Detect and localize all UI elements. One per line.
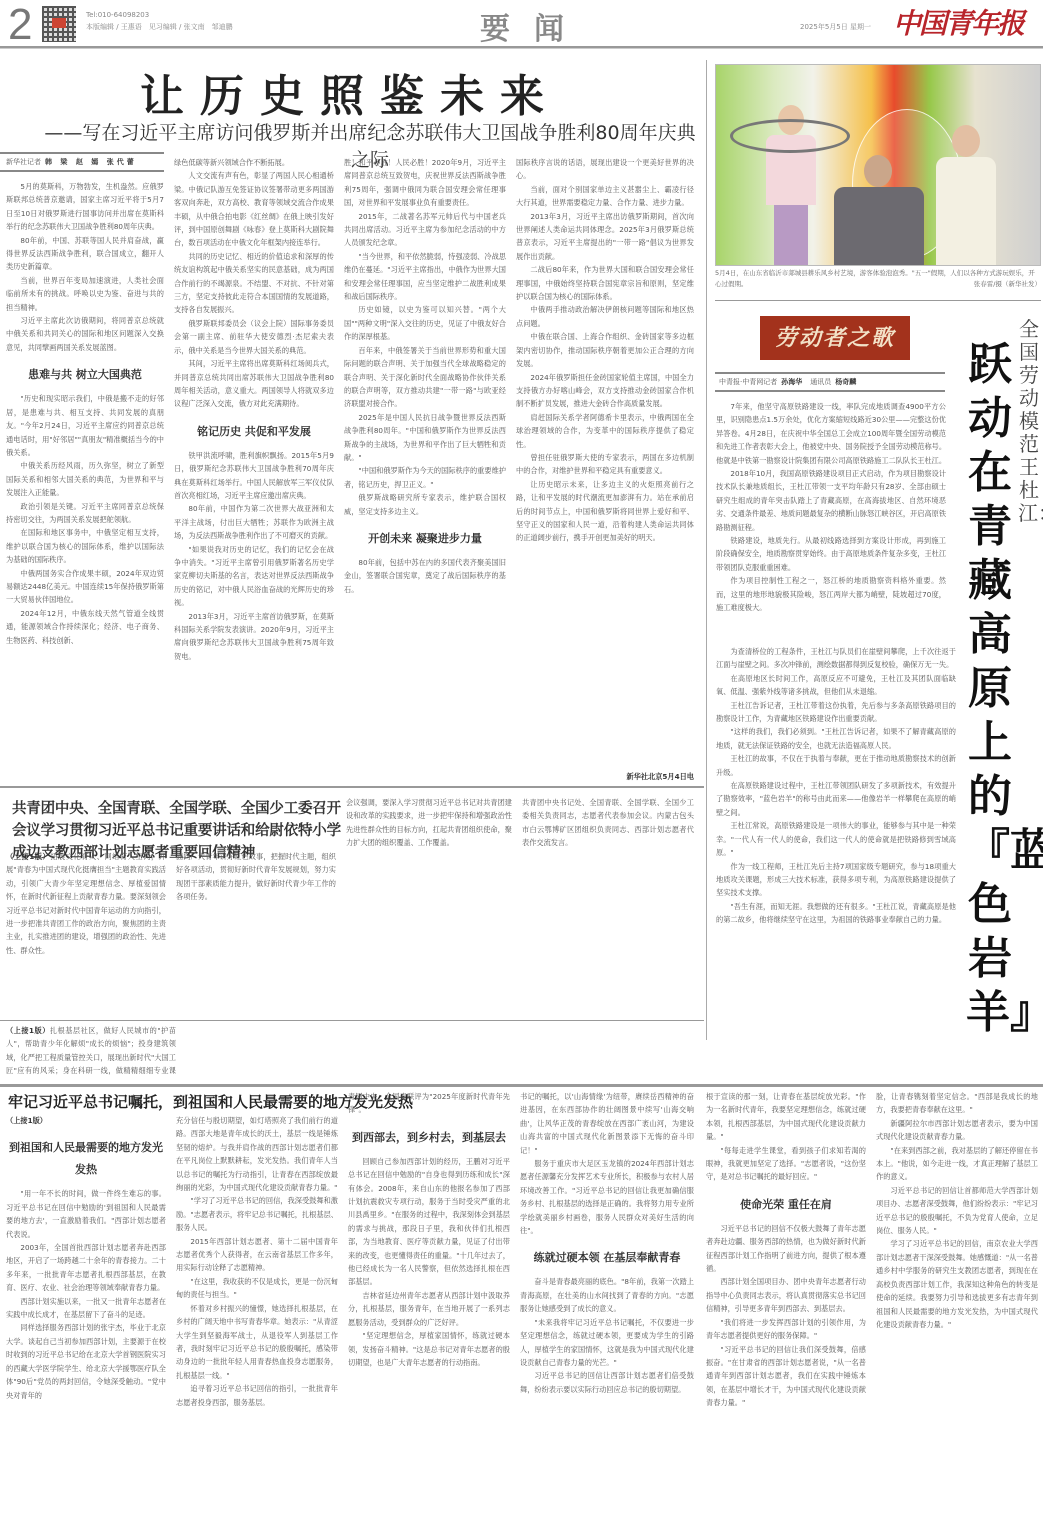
paragraph: 王杜江告诉记者，王杜江带着这份执着，先后参与多条高原铁路项目的勘察设计工作，为青… <box>716 699 956 726</box>
league-column-1: （上接1版）拓展文化育人、网络育人空间，开展"青春为中国式现代化挺膺担当"主题教… <box>6 850 166 1020</box>
paragraph: 铁甲洪流呼啸，胜利旗帜飘扬。2015年5月9日，俄罗斯纪念苏联伟大卫国战争胜利7… <box>174 449 334 503</box>
paragraph: 新疆阿拉尔市西部计划志愿者表示，要为中国式现代化建设贡献青春力量。 <box>876 1117 1038 1144</box>
lead-column-4: 国际秩序言说的话语，展现出建设一个更美好世界的决心。 当前，面对个别国家单边主义… <box>516 156 694 780</box>
paragraph: 当前，面对个别国家单边主义甚嚣尘上、霸凌行径大行其道，世界需要稳定力量、合作力量… <box>516 183 694 210</box>
photo-bubble-wand <box>730 119 850 153</box>
page-number: 2 <box>8 2 32 48</box>
paragraph: "每每走进学生课堂，看到孩子们求知若渴的眼神，我就更加坚定了选择。"志愿者说，"… <box>706 1144 866 1184</box>
paragraph: 为查清桥位的工程条件，王杜江与队员们在崖壁间攀爬，上千次往返于江面与崖壁之间。多… <box>716 645 956 672</box>
paragraph: 2013年3月，习近平主席出访俄罗斯期间，首次向世界阐述人类命运共同体理念。20… <box>516 210 694 264</box>
paragraph: 2013年3月，习近平主席首访俄罗斯，在莫斯科国际关系学院发表演讲。2020年9… <box>174 610 334 664</box>
paragraph: （上接1版）拓展文化育人、网络育人空间，开展"青春为中国式现代化挺膺担当"主题教… <box>6 850 166 957</box>
paragraph: "我们将进一步发挥西部计划的引领作用，为青年志愿者提供更好的服务保障。" <box>706 1316 866 1343</box>
bottom-column-4: 书记的嘱托，以'山海情缘'为纽带，赓续岳西精神的奋进基因，在东西部协作的壮阔图景… <box>520 1090 694 1514</box>
paragraph: 80年前，中国作为第二次世界大战亚洲和太平洋主战场，付出巨大牺牲；苏联作为欧洲主… <box>174 502 334 542</box>
paragraph: 2018年10月，我国高原铁路建设项目正式启动，作为项目勘察设计技术队长兼地质组… <box>716 467 946 534</box>
feature-body-bottom: 为查清桥位的工程条件，王杜江与队员们在崖壁间攀爬，上千次往返于江面与崖壁之间。多… <box>716 645 956 1040</box>
paragraph: 西部计划实施以来，一批又一批青年志愿者在实践中成长成才，在基层留下了奋斗的足迹。 <box>6 1295 166 1322</box>
column-banner: 劳动者之歌 <box>760 316 910 360</box>
bottom-column-6: 脸，让青春镌刻着坚定信念。"西部是我成长的地方，我要把青春奉献在这里。" 新疆阿… <box>876 1090 1038 1514</box>
header-tel: Tel:010-64098203 <box>86 9 233 21</box>
paragraph: 2024年俄罗斯担任金砖国家轮值主席国，中国全力支持俄方办好喀山峰会，双方支持推… <box>516 371 694 411</box>
paragraph: "如果说我对历史的记忆，我们的记忆会在战争中消失。"习近平主席曾引用俄罗斯著名历… <box>174 543 334 610</box>
section-heading: 使命光荣 重任在肩 <box>706 1194 866 1216</box>
section-heading: 开创未来 凝聚进步力量 <box>344 528 506 550</box>
lead-headline: 让历史照鉴未来 <box>130 60 570 124</box>
header-divider <box>0 46 1043 49</box>
paragraph: 中俄两手推动政治解决伊朗核问题等国际和地区热点问题。 <box>516 303 694 330</box>
section-heading: 患难与共 树立大国典范 <box>6 364 164 386</box>
lead-column-1: 5月的莫斯科，万物勃发，生机盎然。应俄罗斯联邦总统普京邀请，国家主席习近平将于5… <box>6 180 164 780</box>
paragraph: 奋斗是青春最亮丽的底色。"8年前，我第一次踏上青海高原，在壮美的山水间找到了青春… <box>520 1275 694 1315</box>
feature-body-top: 7年来，他坚守高原铁路建设一线，率队完成地质调查4900平方公里，识别隐患点1.… <box>716 400 946 645</box>
paragraph: 国际秩序言说的话语，展现出建设一个更美好世界的决心。 <box>516 156 694 183</box>
bottom-column-1: （上接1版） 到祖国和人民最需要的地方发光发热 "用一年不长的时间，做一件终生难… <box>6 1114 166 1514</box>
paragraph: 作为一线工程师，王杜江先后主持7项国家级专题研究，参与18项重大地质攻关课题，形… <box>716 860 956 900</box>
photo-divider <box>715 300 1041 301</box>
paragraph: "未来我将牢记习近平总书记嘱托，不仅要进一步坚定理想信念，练就过硬本领，更要成为… <box>520 1316 694 1370</box>
paragraph: 会议强调，要深入学习贯彻习近平总书记对共青团建设和改革的实践要求，进一步把牢保持… <box>346 796 512 850</box>
paragraph: 中俄在联合国、上海合作组织、金砖国家等多边框架内密切协作，推动国际秩序朝着更加公… <box>516 330 694 370</box>
league-column-3: 会议强调，要深入学习贯彻习近平总书记对共青团建设和改革的实践要求，进一步把牢保持… <box>346 796 512 1020</box>
league-column-4: 共青团中央书记处、全国青联、全国学联、全国少工委相关负责同志，志愿者代表参加会议… <box>522 796 694 1020</box>
continued-tag: （上接1版） <box>6 1026 50 1035</box>
correspondent-name: 杨奇麟 <box>835 378 856 386</box>
paragraph: 当前，世界百年变局加速演进，人类社会面临前所未有的挑战。呼唤以史为鉴、奋进与共的… <box>6 274 164 314</box>
paragraph: 脸，让青春镌刻着坚定信念。"西部是我成长的地方，我要把青春奉献在这里。" <box>876 1090 1038 1117</box>
paragraph: "这样的我们，我们必须到。"王杜江告诉记者，如果不了解青藏高原的地质，就无法保证… <box>716 725 956 752</box>
byline-prefix: 新华社记者 <box>6 158 41 166</box>
paragraph: 王杜江常说，高原铁路建设是一项伟大的事业，能够参与其中是一种荣幸。"一代人有一代… <box>716 819 956 859</box>
byline-names: 韩 梁 赵 嫣 张代蕾 <box>45 158 137 166</box>
paragraph: 在高原铁路建设过程中，王杜江带领团队研发了多项新技术，有效提升了勘察效率，"蓝色… <box>716 779 956 819</box>
issue-date: 2025年5月5日 星期一 <box>800 22 871 32</box>
continued-tag: （上接1版） <box>6 1114 166 1127</box>
paragraph: 5月的莫斯科，万物勃发，生机盎然。应俄罗斯联邦总统普京邀请，国家主席习近平将于5… <box>6 180 164 234</box>
paragraph: 追寻着习近平总书记回信的指引，一批批青年志愿者投身西部，服务基层。 <box>176 1382 338 1409</box>
newspaper-page: 2 Tel:010-64098203 本版编辑 / 王惠语 见习编辑 / 张文南… <box>0 0 1043 1518</box>
article-divider <box>0 786 704 788</box>
section-heading: 到祖国和人民最需要的地方发光发热 <box>6 1137 166 1181</box>
bottom-column-2: 充分信任与殷切期望，如灯塔照亮了我们前行的道路。西部大地是青年成长的沃土，基层一… <box>176 1114 338 1514</box>
section-heading: 练就过硬本领 在基层奉献青春 <box>520 1247 694 1269</box>
bottom-article-divider <box>0 1084 1043 1087</box>
paragraph: 中俄关系历经风雨，历久弥坚，树立了新型国际关系和相邻大国关系的典范，为世界和平与… <box>6 459 164 499</box>
paragraph: "当今世界，和平依然脆弱，恃强凌弱、冷战思维仍在蔓延。"习近平主席指出，中俄作为… <box>344 250 506 304</box>
correspondent-label: 通讯员 <box>810 378 831 386</box>
paragraph: 服务于重庆市大足区玉龙镇的2024年西部计划志愿者任源馨充分发挥艺术专业所长，积… <box>520 1157 694 1237</box>
paragraph: 吉林省延边州青年志愿者从西部计划中汲取养分，扎根基层，服务青年，在当地开展了一系… <box>348 1289 510 1329</box>
masthead: 2 Tel:010-64098203 本版编辑 / 王惠语 见习编辑 / 张文南… <box>0 0 1043 46</box>
league-column-2: 面向广大青年讲好红色故事，把握时代主题，组织好各项活动，贯彻好新时代青年发展规划… <box>176 850 336 1020</box>
paragraph: 俄罗斯战略研究所专家表示，维护联合国权威，坚定支持多边主义。 <box>344 491 506 518</box>
paragraph: 回顾自己参加西部计划的经历，王鹏对习近平总书记在回信中勉励的"自身也得到历练和成… <box>348 1155 510 1289</box>
paragraph: "用一年不长的时间，做一件终生难忘的事。习近平总书记在回信中勉励的'到祖国和人民… <box>6 1187 166 1241</box>
section-title: 要闻 <box>480 4 588 48</box>
newspaper-logo: 中国青年报 <box>893 2 1023 42</box>
paragraph: 绿色低碳等新兴领域合作不断拓展。 <box>174 156 334 169</box>
paragraph: 同样选择服务西部计划的张宇杰，毕业于北京大学。谈起自己当初参加西部计划，主要源于… <box>6 1321 166 1401</box>
reporter-name: 孙海华 <box>781 378 802 386</box>
bottom-column-5: 根于宣读的那一刻，让青春在基层绽放光彩。"作为一名新时代青年，我要坚定理想信念，… <box>706 1090 866 1514</box>
paragraph: 2015年西部计划志愿者、第十二届中国青年志愿者优秀个人获得者，在云南省基层工作… <box>176 1235 338 1275</box>
feature-byline: 中青报·中青网记者孙海华通讯员杨奇麟 <box>715 372 945 392</box>
paragraph: 俄罗斯联邦委员会（议会上院）国际事务委员会第一副主席、前驻华大使安德烈·杰尼索夫… <box>174 317 334 357</box>
paragraph: 政治引领是关键。习近平主席同普京总统保持密切交往，为两国关系发展把舵领航。 <box>6 500 164 527</box>
paragraph: "历史和现实昭示我们，中俄是搬不走的好邻居，是患难与共、相互支持、共同发展的真朋… <box>6 392 164 459</box>
paragraph: "在这里，我收获的不仅是成长，更是一份沉甸甸的责任与担当。" <box>176 1275 338 1302</box>
paragraph: 80年前，中国、苏联等国人民并肩奋战，赢得世界反法西斯战争胜利，联合国成立，翻开… <box>6 234 164 274</box>
qr-code-icon[interactable] <box>42 6 76 42</box>
paragraph: 80年前，包括中苏在内的多国代表齐聚美国旧金山，签署联合国宪章，奠定了战后国际秩… <box>344 556 506 596</box>
paragraph: 7年来，他坚守高原铁路建设一线，率队完成地质调查4900平方公里，识别隐患点1.… <box>716 400 946 467</box>
lead-column-2: 绿色低碳等新兴领域合作不断拓展。 人文交流有声有色，彰显了两国人民心相通桥梁。中… <box>174 156 334 780</box>
header-editors: 本版编辑 / 王惠语 见习编辑 / 张文南 邹迪鹏 <box>86 21 233 33</box>
paragraph: "中国和俄罗斯作为今天的国际秩序的重要维护者，铭记历史，捍卫正义。" <box>344 464 506 491</box>
paragraph: "学习了习近平总书记的回信，我深受鼓舞和激励。"志愿者表示，将牢记总书记嘱托，扎… <box>176 1194 338 1234</box>
feature-kicker: 全国劳动模范王杜江： <box>1018 318 1040 525</box>
paragraph: 共同的历史记忆、相近的价值追求和深厚的传统友谊构筑起中俄关系坚实的民意基础，成为… <box>174 250 334 317</box>
paragraph: 怀着对乡村振兴的憧憬，她选择扎根基层，在乡村的广阔天地中书写青春华章。她表示："… <box>176 1302 338 1382</box>
paragraph: 在国际和地区事务中，中俄坚定相互支持，维护以联合国为核心的国际体系，维护以国际法… <box>6 526 164 566</box>
paragraph: 青团中央、全国青联评为"2025年度新时代青年先锋"。 <box>348 1090 510 1117</box>
continuation-column-1: （上接1版）扎根基层社区，做好人民城市的"护苗人"，帮助青少年化解烦"成长的烦恼… <box>6 1024 176 1080</box>
paragraph: 2015年，二战著名苏军元帅后代与中国老兵共同出席活动。习近平主席为参加纪念活动… <box>344 210 506 250</box>
feature-headline: 跃动在青藏高原上的『蓝色岩羊』 <box>966 338 1014 1040</box>
paragraph: 肩赶国际关系学者阿德希卡里表示，中俄两国在全球治理领域的合作，为变革中的国际秩序… <box>516 411 694 451</box>
paragraph: 充分信任与殷切期望，如灯塔照亮了我们前行的道路。西部大地是青年成长的沃土，基层一… <box>176 1114 338 1194</box>
paragraph: 人文交流有声有色，彰显了两国人民心相通桥梁。中俄记队游互免签证协议签署带动更多两… <box>174 169 334 249</box>
paragraph: 作为项目控制性工程之一，怒江桥的地质勘察资料格外重要。然而，这里的地形地貌极其险… <box>716 574 946 614</box>
section-divider <box>0 1020 704 1021</box>
paragraph: 王杜江的故事，不仅在于执着与奉献，更在于推动地质勘察技术的创新升级。 <box>716 752 956 779</box>
news-photo[interactable] <box>715 64 1041 266</box>
paragraph: 百年来，中俄签署关于当前世界形势和重大国际问题的联合声明、关于加强当代全球战略稳… <box>344 344 506 411</box>
byline-prefix: 中青报·中青网记者 <box>719 378 777 386</box>
paragraph: 西部计划全国项目办、团中央青年志愿者行动指导中心负责同志表示，将认真贯彻落实总书… <box>706 1275 866 1315</box>
paragraph: 2024年12月，中俄东线天然气管道全线贯通，能源领域合作持续深化；经济、电子商… <box>6 607 164 647</box>
photo-credit: 张春雷/摄（新华社发） <box>974 279 1041 290</box>
paragraph: 其间，习近平主席将出席莫斯科红场阅兵式，并同普京总统共同出席苏联伟大卫国战争胜利… <box>174 357 334 411</box>
photo-caption: 5月4日，在山东省临沂市郯城县耕乐风乡村艺境，游客体验泡泡秀。"五一"假期，人们… <box>715 268 1041 290</box>
paragraph-text: 拓展文化育人、网络育人空间，开展"青春为中国式现代化挺膺担当"主题教育实践活动，… <box>6 852 166 955</box>
continued-tag: （上接1版） <box>6 852 50 861</box>
paragraph: 2003年，全国首批西部计划志愿者奔赴西部地区，开启了一场跨越二十余年的青春接力… <box>6 1241 166 1295</box>
paragraph: "习近平总书记的回信让我们深受鼓舞，倍感振奋。"在甘肃省的西部计划志愿者说，"从… <box>706 1343 866 1410</box>
paragraph: 胜！和平必胜！人民必胜！2020年9月，习近平主席同普京总统互致贺电，庆祝世界反… <box>344 156 506 210</box>
paragraph: "在来到西部之前，我对基层的了解还停留在书本上。"他说，如今走进一线，才真正理解… <box>876 1144 1038 1184</box>
paragraph: 习近平总书记的回信让西部计划志愿者们倍受鼓舞，纷纷表示要以实际行动回应总书记的殷… <box>520 1369 694 1396</box>
paragraph: 共青团中央书记处、全国青联、全国学联、全国少工委相关负责同志，志愿者代表参加会议… <box>522 796 694 850</box>
paragraph: 让历史昭示未来，让多边主义的火炬照亮前行之路，让和平发展的时代潮流更加澎湃有力。… <box>516 478 694 545</box>
paragraph: 习近平总书记的回信让首都师范大学西部计划项目办、志愿者深受鼓舞，他们纷纷表示："… <box>876 1184 1038 1238</box>
paragraph: 根于宣读的那一刻，让青春在基层绽放光彩。"作为一名新时代青年，我要坚定理想信念，… <box>706 1090 866 1144</box>
column-divider <box>706 60 707 1040</box>
paragraph: "坚定理想信念，厚植家国情怀，练就过硬本领，发扬奋斗精神。"这是总书记对青年志愿… <box>348 1329 510 1369</box>
header-info: Tel:010-64098203 本版编辑 / 王惠语 见习编辑 / 张文南 邹… <box>86 9 233 33</box>
paragraph: 历史如镜，以史为鉴可以知兴替。"两个大国""两种文明"深入交往的历史，见证了中俄… <box>344 303 506 343</box>
photo-performer <box>834 155 924 266</box>
dateline: 新华社北京5月4日电 <box>516 770 694 783</box>
bottom-column-3: 青团中央、全国青联评为"2025年度新时代青年先锋"。 到西部去，到乡村去，到基… <box>348 1090 510 1514</box>
paragraph: 面向广大青年讲好红色故事，把握时代主题，组织好各项活动，贯彻好新时代青年发展规划… <box>176 850 336 904</box>
paragraph: 二战后80年来，作为世界大国和联合国安理会常任理事国，中俄始终坚持联合国宪章宗旨… <box>516 263 694 303</box>
section-heading: 到西部去，到乡村去，到基层去 <box>348 1127 510 1149</box>
lead-column-3: 胜！和平必胜！人民必胜！2020年9月，习近平主席同普京总统互致贺电，庆祝世界反… <box>344 156 506 780</box>
paragraph: （上接1版）扎根基层社区，做好人民城市的"护苗人"，帮助青少年化解烦"成长的烦恼… <box>6 1024 176 1080</box>
paragraph: 书记的嘱托，以'山海情缘'为纽带，赓续岳西精神的奋进基因，在东西部协作的壮阔图景… <box>520 1090 694 1157</box>
section-heading: 铭记历史 共促和平发展 <box>174 421 334 443</box>
paragraph: 习近平主席此次访俄期间，将同普京总统就中俄关系和共同关心的国际和地区问题深入交换… <box>6 314 164 354</box>
paragraph: 学习了习近平总书记的回信，南京农业大学西部计划志愿者干深深受鼓舞。她感慨道："从… <box>876 1237 1038 1331</box>
paragraph: 2025年是中国人民抗日战争暨世界反法西斯战争胜利80周年。"中国和俄罗斯作为世… <box>344 411 506 465</box>
paragraph: 在高原地区长时间工作，高原反应不可避免，王杜江及其团队面临缺氧、低温、强紫外线等… <box>716 672 956 699</box>
lead-dateline-box: 新华社北京5月4日电 <box>516 770 694 786</box>
paragraph: 习近平总书记的回信不仅极大鼓舞了青年志愿者奔赴边疆、服务西部的热情，也为做好新时… <box>706 1222 866 1276</box>
paragraph: 中俄两国务实合作成果丰硕，2024年双边贸易额达2448亿美元。中国连续15年保… <box>6 567 164 607</box>
paragraph: "吾生有涯，而知无涯。我想做的还有很多。"王杜江说，青藏高原是他的第二故乡，他将… <box>716 900 956 927</box>
photo-child-right <box>936 125 996 266</box>
paragraph: 曾担任驻俄罗斯大使的专家表示，两国在多边机制中的合作，对维护世界和平稳定具有重要… <box>516 451 694 478</box>
lead-byline: 新华社记者韩 梁 赵 嫣 张代蕾 <box>0 152 164 172</box>
paragraph: 铁路建设，地质先行。从最初线路选择到方案设计形成，再到施工阶段确保安全，地质勘察… <box>716 534 946 574</box>
